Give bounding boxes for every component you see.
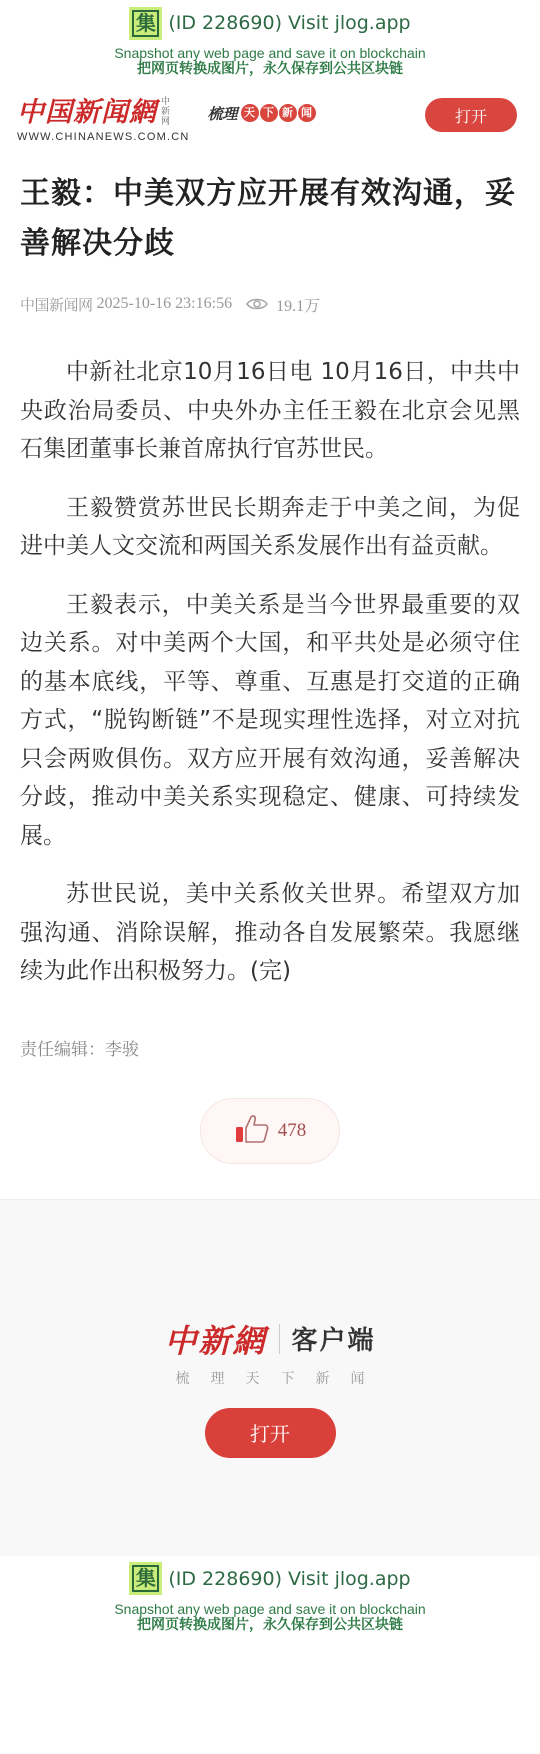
jlog-banner-top: 集 (ID 228690) Visit jlog.app Snapshot an… xyxy=(0,0,540,85)
slogan-circle: 下 xyxy=(260,104,278,122)
article-title: 王毅：中美双方应开展有效沟通，妥善解决分歧 xyxy=(20,169,520,269)
promo-logo: 中新網 客户端 xyxy=(0,1316,540,1362)
promo-app-label: 客户端 xyxy=(292,1320,376,1357)
responsible-editor: 责任编辑：李骏 xyxy=(20,1035,520,1060)
jlog-subtitle-en: Snapshot any web page and save it on blo… xyxy=(0,1601,540,1617)
jlog-subtitle-cn: 把网页转换成图片，永久保存到公共区块链 xyxy=(0,1617,540,1633)
article-datetime: 2025-10-16 23:16:56 xyxy=(97,295,233,313)
jlog-subtitle-en: Snapshot any web page and save it on blo… xyxy=(0,45,540,61)
promo-logo-text: 中新網 xyxy=(164,1316,266,1362)
view-count: 19.1万 xyxy=(276,293,320,316)
jlog-logo-icon: 集 xyxy=(129,7,162,40)
article-paragraph: 王毅表示，中美关系是当今世界最重要的双边关系。对中美两个大国，和平共处是必须守住… xyxy=(20,586,520,856)
article-paragraph: 中新社北京10月16日电 10月16日，中共中央政治局委员、中央外办主任王毅在北… xyxy=(20,353,520,469)
chinanews-logo[interactable]: 中国新闻網 中新网 WWW.CHINANEWS.COM.CN xyxy=(17,97,189,143)
article-paragraph: 苏世民说，美中关系攸关世界。希望双方加强沟通、消除误解，推动各自发展繁荣。我愿继… xyxy=(20,875,520,991)
jlog-title[interactable]: (ID 228690) Visit jlog.app xyxy=(168,1568,410,1590)
promo-divider xyxy=(279,1324,280,1354)
open-app-button-header[interactable]: 打开 xyxy=(425,98,517,132)
jlog-badge-char: 集 xyxy=(132,1565,159,1592)
like-count: 478 xyxy=(278,1120,307,1142)
jlog-logo-icon: 集 xyxy=(129,1562,162,1595)
site-header: 中国新闻網 中新网 WWW.CHINANEWS.COM.CN 梳理 天 下 新 … xyxy=(0,85,540,155)
eye-icon xyxy=(246,297,268,311)
jlog-title[interactable]: (ID 228690) Visit jlog.app xyxy=(168,12,410,34)
header-slogan: 梳理 天 下 新 闻 xyxy=(207,103,315,124)
jlog-subtitle-cn: 把网页转换成图片，永久保存到公共区块链 xyxy=(0,61,540,77)
promo-slogan: 梳理天下新闻 xyxy=(0,1368,540,1388)
like-button[interactable]: 478 xyxy=(200,1098,340,1164)
article-meta: 中国新闻网 2025-10-16 23:16:56 19.1万 xyxy=(20,291,520,317)
slogan-lead: 梳理 xyxy=(207,103,237,124)
article-paragraph: 王毅赞赏苏世民长期奔走于中美之间，为促进中美人文交流和两国关系发展作出有益贡献。 xyxy=(20,489,520,566)
thumbs-up-icon xyxy=(234,1114,270,1148)
article-body: 中新社北京10月16日电 10月16日，中共中央政治局委员、中央外办主任王毅在北… xyxy=(20,353,520,991)
open-app-button-promo[interactable]: 打开 xyxy=(205,1408,336,1458)
article-source: 中国新闻网 xyxy=(20,294,93,315)
jlog-badge-char: 集 xyxy=(132,10,159,37)
article: 王毅：中美双方应开展有效沟通，妥善解决分歧 中国新闻网 2025-10-16 2… xyxy=(0,169,540,1164)
slogan-circle: 天 xyxy=(241,104,259,122)
logo-url: WWW.CHINANEWS.COM.CN xyxy=(17,131,189,143)
slogan-circle: 闻 xyxy=(298,104,316,122)
logo-text: 中国新闻網 xyxy=(17,97,157,129)
logo-mini-text: 中新网 xyxy=(161,97,171,127)
app-promo: 中新網 客户端 梳理天下新闻 打开 xyxy=(0,1199,540,1556)
slogan-circle: 新 xyxy=(279,104,297,122)
jlog-banner-bottom: 集 (ID 228690) Visit jlog.app Snapshot an… xyxy=(0,1556,540,1641)
